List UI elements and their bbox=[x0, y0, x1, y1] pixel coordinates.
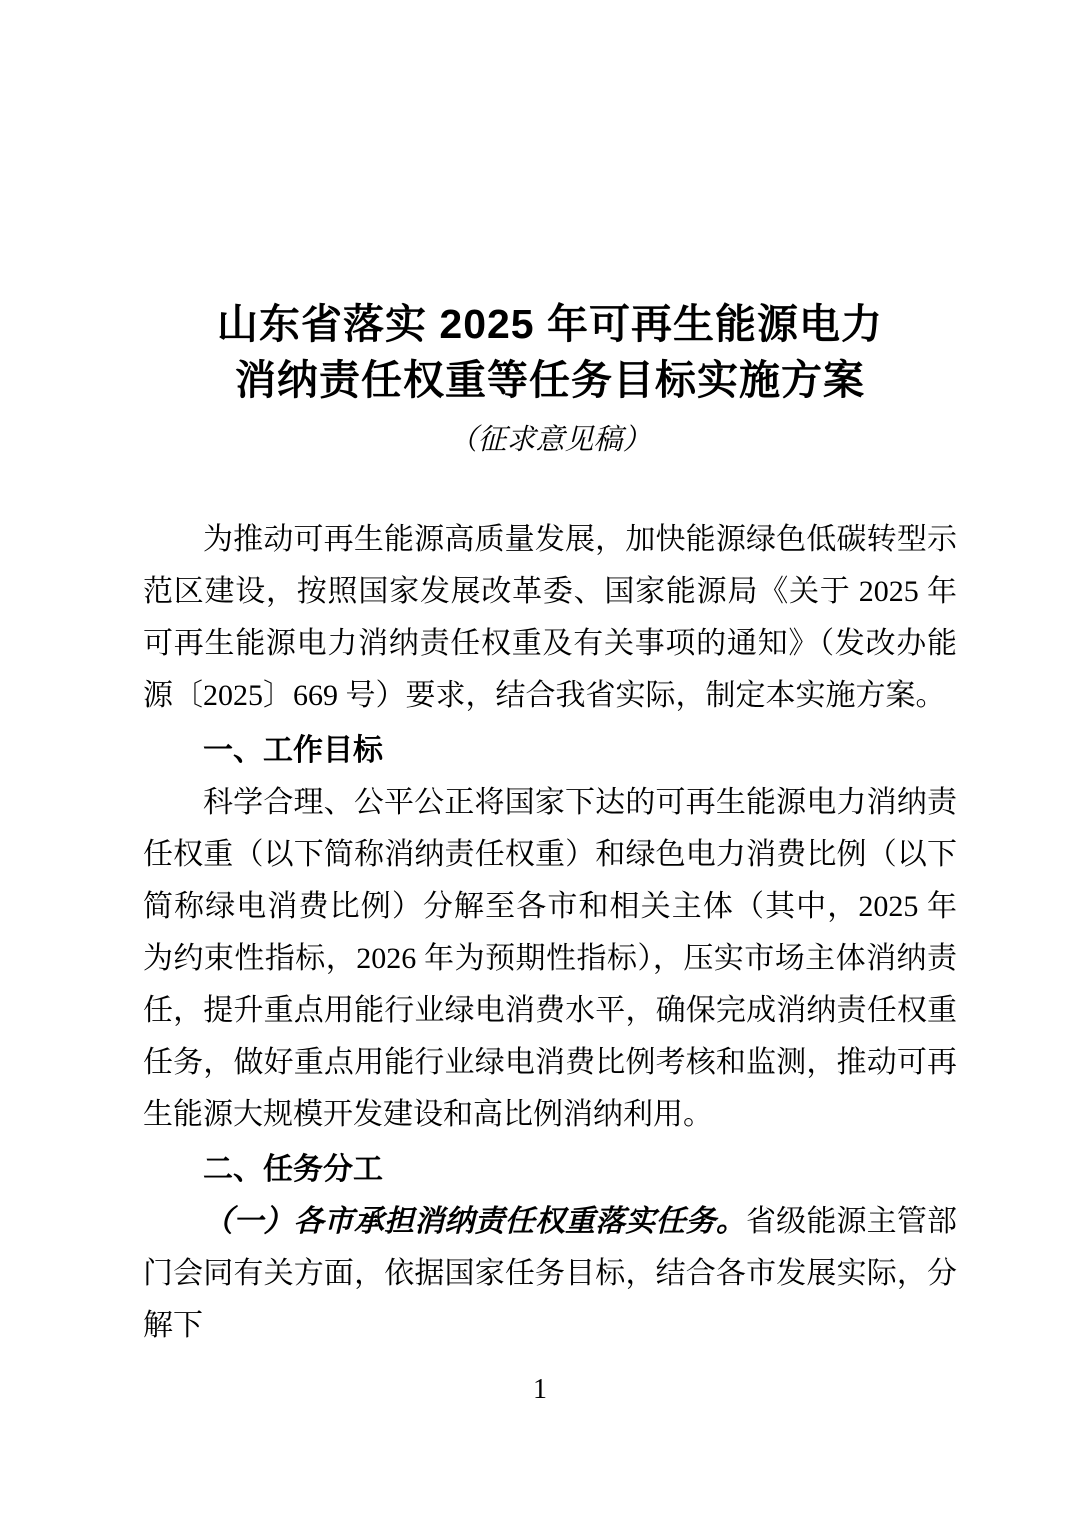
document-page: 山东省落实 2025 年可再生能源电力 消纳责任权重等任务目标实施方案 （征求意… bbox=[0, 0, 1080, 1527]
document-subtitle: （征求意见稿） bbox=[143, 422, 957, 458]
document-title-line1: 山东省落实 2025 年可再生能源电力 bbox=[143, 296, 957, 352]
title-block: 山东省落实 2025 年可再生能源电力 消纳责任权重等任务目标实施方案 （征求意… bbox=[143, 296, 957, 458]
section1-paragraph: 科学合理、公平公正将国家下达的可再生能源电力消纳责任权重（以下简称消纳责任权重）… bbox=[143, 777, 957, 1141]
intro-paragraph: 为推动可再生能源高质量发展，加快能源绿色低碳转型示范区建设，按照国家发展改革委、… bbox=[143, 514, 957, 722]
section1-heading: 一、工作目标 bbox=[143, 725, 957, 777]
section2-heading: 二、任务分工 bbox=[143, 1144, 957, 1196]
document-content: 山东省落实 2025 年可再生能源电力 消纳责任权重等任务目标实施方案 （征求意… bbox=[143, 0, 957, 1352]
section2-item1-lead: （一）各市承担消纳责任权重落实任务。 bbox=[203, 1205, 746, 1238]
section2-item1-paragraph: （一）各市承担消纳责任权重落实任务。省级能源主管部门会同有关方面，依据国家任务目… bbox=[143, 1196, 957, 1352]
page-number: 1 bbox=[0, 1372, 1080, 1408]
document-body: 为推动可再生能源高质量发展，加快能源绿色低碳转型示范区建设，按照国家发展改革委、… bbox=[143, 514, 957, 1352]
document-title-line2: 消纳责任权重等任务目标实施方案 bbox=[143, 352, 957, 408]
